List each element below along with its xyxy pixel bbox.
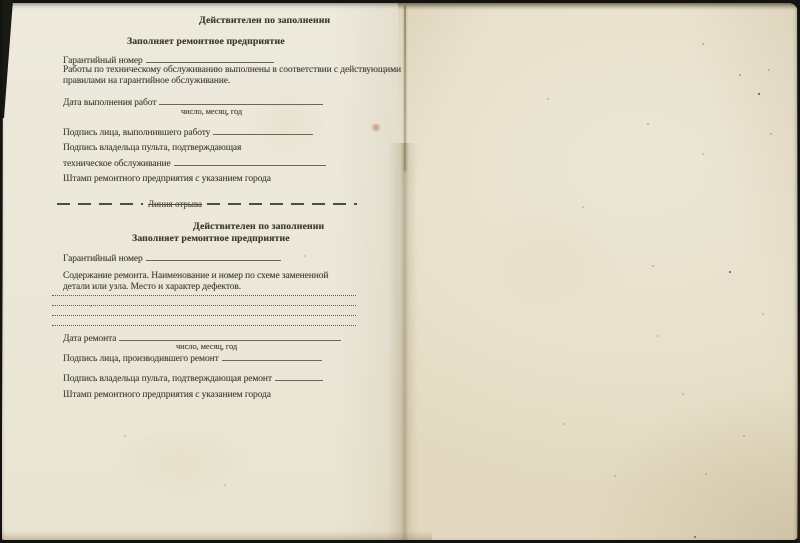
owner-signature-row2: техническое обслуживание	[63, 155, 326, 170]
owner-repair-signature-label: Подпись владельца пульта, подтверждающая…	[63, 374, 272, 384]
warranty-number-blank-line	[146, 52, 274, 63]
stamp-note-bottom: Штамп ремонтного предприятия с указанием…	[63, 390, 271, 401]
work-date-label: Дата выполнения работ	[63, 98, 156, 108]
tear-line: Линия отрыва	[57, 199, 357, 209]
validity-note-bottom: Действителен по заполнении	[193, 221, 324, 232]
repairer-signature-row: Подпись лица, производившего ремонт	[63, 350, 322, 365]
filled-by-heading-top: Заполняет ремонтное предприятие	[127, 36, 285, 47]
tear-line-label: Линия отрыва	[148, 199, 202, 209]
repair-content-line2: детали или узла. Место и характер дефект…	[63, 282, 241, 293]
owner-signature-blank-line	[174, 155, 326, 166]
owner-repair-signature-row: Подпись владельца пульта, подтверждающая…	[63, 370, 323, 385]
dotted-writing-line-3	[52, 315, 356, 316]
repair-date-label: Дата ремонта	[63, 334, 116, 344]
warranty-number-row-bottom: Гарантийный номер	[63, 250, 281, 265]
dotted-writing-line-4	[52, 325, 356, 326]
owner-repair-signature-blank-line	[275, 370, 323, 381]
date-format-hint-top: число, месяц, год	[181, 106, 242, 117]
filled-by-heading-bottom: Заполняет ремонтное предприятие	[132, 233, 290, 244]
owner-signature-line1: Подпись владельца пульта, подтверждающая	[63, 143, 241, 154]
warranty-number-label: Гарантийный номер	[63, 254, 143, 264]
work-statement-line2: правилами на гарантийное обслуживание.	[63, 76, 230, 87]
worker-signature-label: Подпись лица, выполнившего работу	[63, 128, 210, 138]
worker-signature-row: Подпись лица, выполнившего работу	[63, 124, 313, 139]
work-date-blank-line	[159, 94, 323, 105]
owner-signature-line2-label: техническое обслуживание	[63, 159, 171, 169]
work-statement-line1: Работы по техническому обслуживанию выпо…	[63, 65, 401, 76]
validity-note-top: Действителен по заполнении	[199, 15, 330, 26]
repairer-signature-label: Подпись лица, производившего ремонт	[63, 354, 219, 364]
tear-dashes-right	[207, 203, 357, 205]
repair-date-blank-line	[119, 330, 341, 341]
warranty-number-blank-line	[146, 250, 281, 261]
stamp-note-top: Штамп ремонтного предприятия с указанием…	[63, 174, 271, 185]
tear-dashes-left	[57, 203, 143, 205]
dotted-writing-line-1	[52, 295, 356, 296]
dotted-writing-line-2	[52, 305, 356, 306]
repairer-signature-blank-line	[222, 350, 322, 361]
repair-content-line1: Содержание ремонта. Наименование и номер…	[63, 271, 328, 282]
left-page-form: Действителен по заполнении Заполняет рем…	[0, 0, 800, 543]
worker-signature-blank-line	[213, 124, 313, 135]
